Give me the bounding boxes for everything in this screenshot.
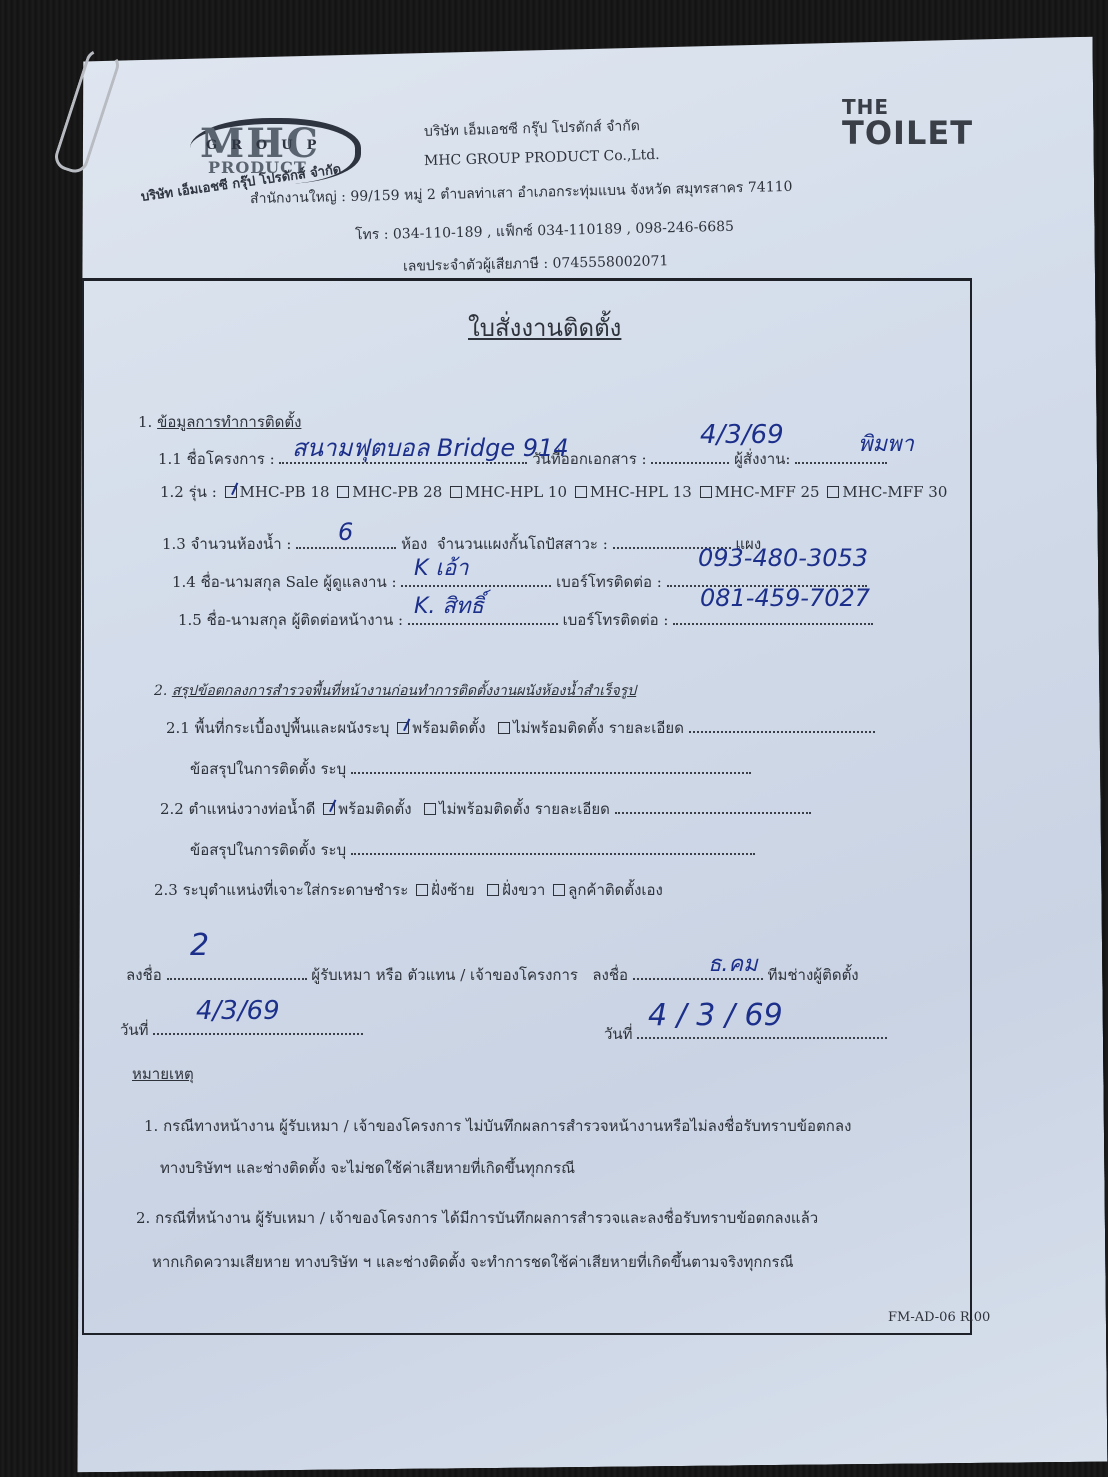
tissue-right-checkbox[interactable]: [487, 884, 499, 896]
form-code: FM-AD-06 R.00: [888, 1310, 990, 1325]
contractor-signature-field[interactable]: [167, 977, 307, 980]
tile-area-row: 2.1 พื้นที่กระเบื้องปูพื้นและผนังระบุ พร…: [166, 716, 875, 740]
section2-heading: 2. สรุปข้อตกลงการสำรวจพื้นที่หน้างานก่อน…: [154, 680, 636, 702]
pipe-detail-field[interactable]: [615, 811, 811, 814]
form-title: ใบสั่งงานติดตั้ง: [468, 308, 621, 347]
water-pipe-row: 2.2 ตำแหน่งวางท่อน้ำดี พร้อมติดตั้ง ไม่พ…: [160, 797, 811, 821]
contractor-date-field[interactable]: [153, 1032, 363, 1035]
doc-date-field[interactable]: [651, 461, 729, 464]
contact-name-value: K. สิทธิ์: [414, 588, 484, 623]
doc-date-value: 4/3/69: [700, 420, 784, 450]
project-name-value: สนามฟุตบอล Bridge 914: [292, 428, 569, 467]
tissue-customer-checkbox[interactable]: [553, 884, 565, 896]
section1-heading: 1. ข้อมูลการทำการติดตั้ง: [138, 410, 301, 434]
installer-signature: ธ.คม: [708, 946, 758, 981]
sale-phone-value: 093-480-3053: [698, 544, 868, 572]
note-2-line-2: หากเกิดความเสียหาย ทางบริษัท ฯ และช่างติ…: [152, 1250, 794, 1274]
pipe-ready-checkbox[interactable]: [323, 803, 335, 815]
model-checkbox-pb18[interactable]: [225, 486, 237, 498]
pipe-not-ready-checkbox[interactable]: [424, 803, 436, 815]
model-checkbox-hpl13[interactable]: [575, 486, 587, 498]
contractor-signature: 2: [190, 928, 209, 963]
model-checkbox-mff30[interactable]: [827, 486, 839, 498]
tissue-position-row: 2.3 ระบุตำแหน่งที่เจาะใส่กระดาษชำระ ฝั่ง…: [154, 878, 663, 902]
pipe-summary-row: ข้อสรุปในการติดตั้ง ระบุ: [190, 838, 755, 862]
sale-name-value: K เอ้า: [414, 550, 469, 585]
note-1-line-1: 1. กรณีทางหน้างาน ผู้รับเหมา / เจ้าของโค…: [144, 1114, 851, 1138]
note-1-line-2: ทางบริษัทฯ และช่างติดตั้ง จะไม่ชดใช้ค่าเ…: [160, 1156, 575, 1180]
rooms-value: 6: [338, 518, 353, 546]
tile-summary-row: ข้อสรุปในการติดตั้ง ระบุ: [190, 757, 751, 781]
the-toilet-logo: THE TOILET: [842, 97, 973, 149]
model-checkbox-hpl10[interactable]: [450, 486, 462, 498]
model-checkbox-mff25[interactable]: [700, 486, 712, 498]
installer-date-value: 4 / 3 / 69: [648, 998, 783, 1033]
installer-date-field[interactable]: [637, 1036, 887, 1039]
contractor-date-value: 4/3/69: [196, 996, 280, 1026]
orderer-value: พิมพา: [858, 426, 914, 461]
tile-not-ready-checkbox[interactable]: [498, 722, 510, 734]
model-row: 1.2 รุ่น : MHC-PB 18 MHC-PB 28 MHC-HPL 1…: [160, 480, 947, 504]
notes-heading: หมายเหตุ: [132, 1062, 194, 1086]
model-checkbox-pb28[interactable]: [337, 486, 349, 498]
contact-phone-field[interactable]: [673, 622, 873, 625]
tile-ready-checkbox[interactable]: [397, 722, 409, 734]
rooms-field[interactable]: [296, 546, 396, 549]
tissue-left-checkbox[interactable]: [416, 884, 428, 896]
orderer-field[interactable]: [795, 461, 887, 464]
tile-detail-field[interactable]: [689, 730, 875, 733]
tile-summary-field[interactable]: [351, 771, 751, 774]
pipe-summary-field[interactable]: [351, 852, 755, 855]
note-2-line-1: 2. กรณีที่หน้างาน ผู้รับเหมา / เจ้าของโค…: [136, 1206, 818, 1230]
contact-phone-value: 081-459-7027: [700, 584, 870, 612]
